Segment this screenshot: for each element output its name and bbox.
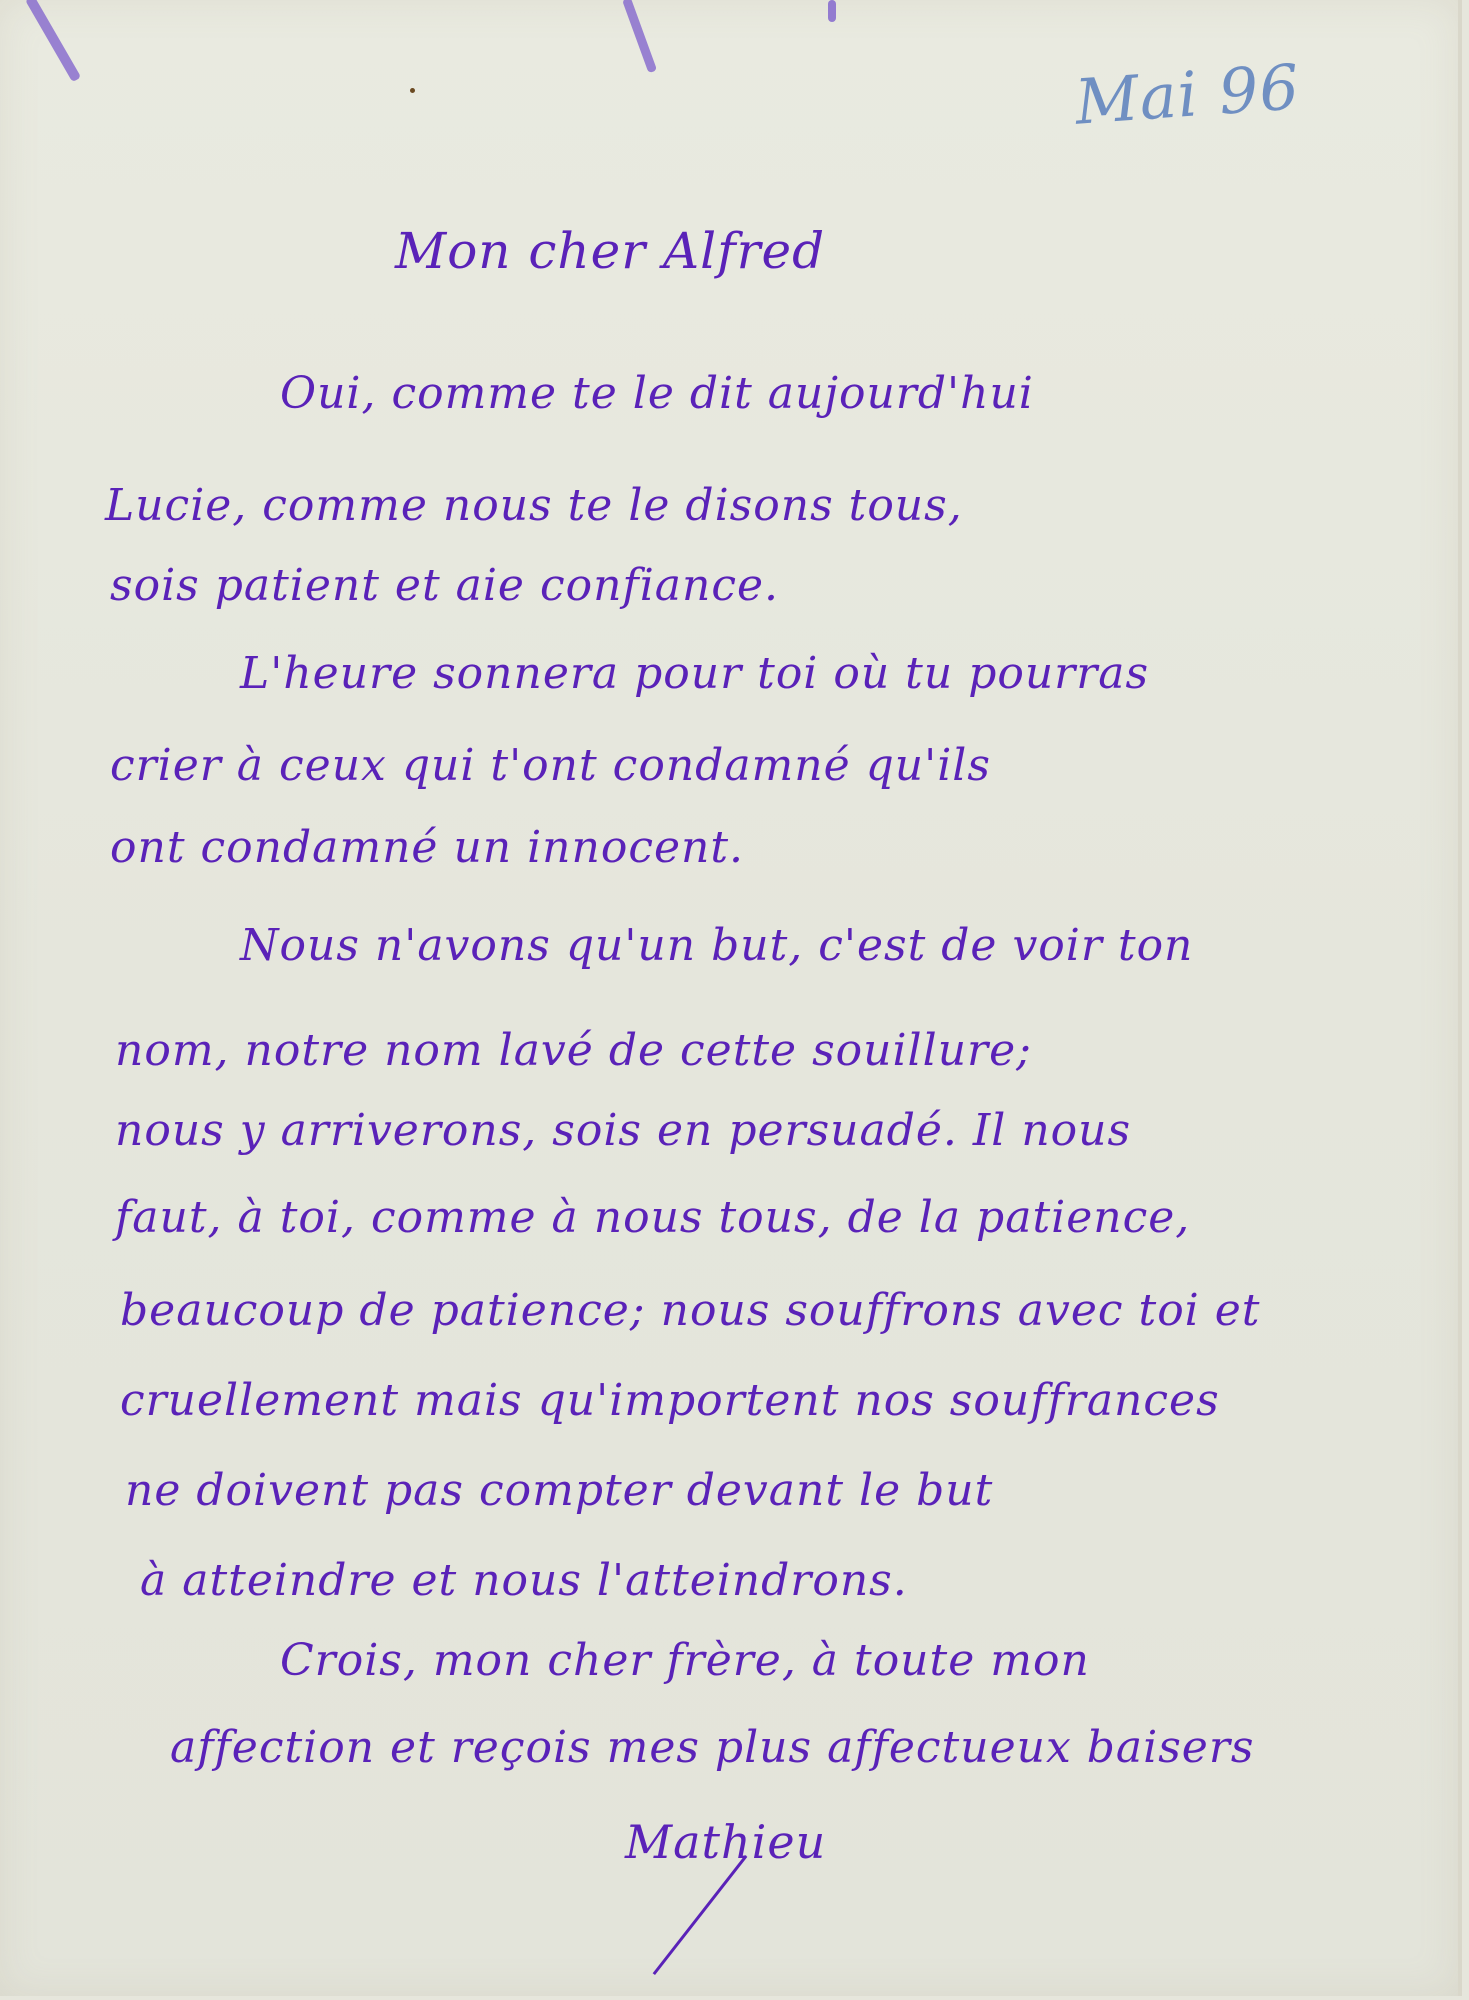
corner-ink-mark-left [25, 0, 81, 82]
letter-line: Lucie, comme nous te le disons tous, [105, 480, 963, 531]
letter-line: ne doivent pas compter devant le but [125, 1465, 993, 1516]
letter-line: L'heure sonnera pour toi où tu pourras [240, 648, 1149, 699]
letter-line: sois patient et aie confiance. [110, 560, 779, 611]
letter-line: Oui, comme te le dit aujourd'hui [280, 368, 1034, 419]
signature-flourish [653, 1855, 748, 1975]
letter-line: beaucoup de patience; nous souffrons ave… [120, 1285, 1260, 1336]
signature: Mathieu [625, 1815, 826, 1869]
letter-line: affection et reçois mes plus affectueux … [170, 1722, 1254, 1773]
paper-spot [410, 88, 415, 93]
letter-line: faut, à toi, comme à nous tous, de la pa… [115, 1192, 1190, 1243]
letter-line: crier à ceux qui t'ont condamné qu'ils [110, 740, 991, 791]
letter-line: nom, notre nom lavé de cette souillure; [115, 1025, 1032, 1076]
letter-line: ont condamné un innocent. [110, 822, 744, 873]
letter-line: Crois, mon cher frère, à toute mon [280, 1635, 1090, 1686]
corner-ink-mark-center [622, 0, 657, 73]
letter-line: Nous n'avons qu'un but, c'est de voir to… [240, 920, 1193, 971]
corner-ink-mark-right [828, 0, 836, 22]
letter-line: cruellement mais qu'importent nos souffr… [120, 1375, 1220, 1426]
date-annotation: Mai 96 [1073, 50, 1302, 139]
salutation: Mon cher Alfred [395, 222, 825, 280]
letter-line: à atteindre et nous l'atteindrons. [140, 1555, 908, 1606]
letter-page: Mai 96 Mon cher Alfred Oui, comme te le … [0, 0, 1462, 1996]
letter-line: nous y arriverons, sois en persuadé. Il … [115, 1105, 1131, 1156]
